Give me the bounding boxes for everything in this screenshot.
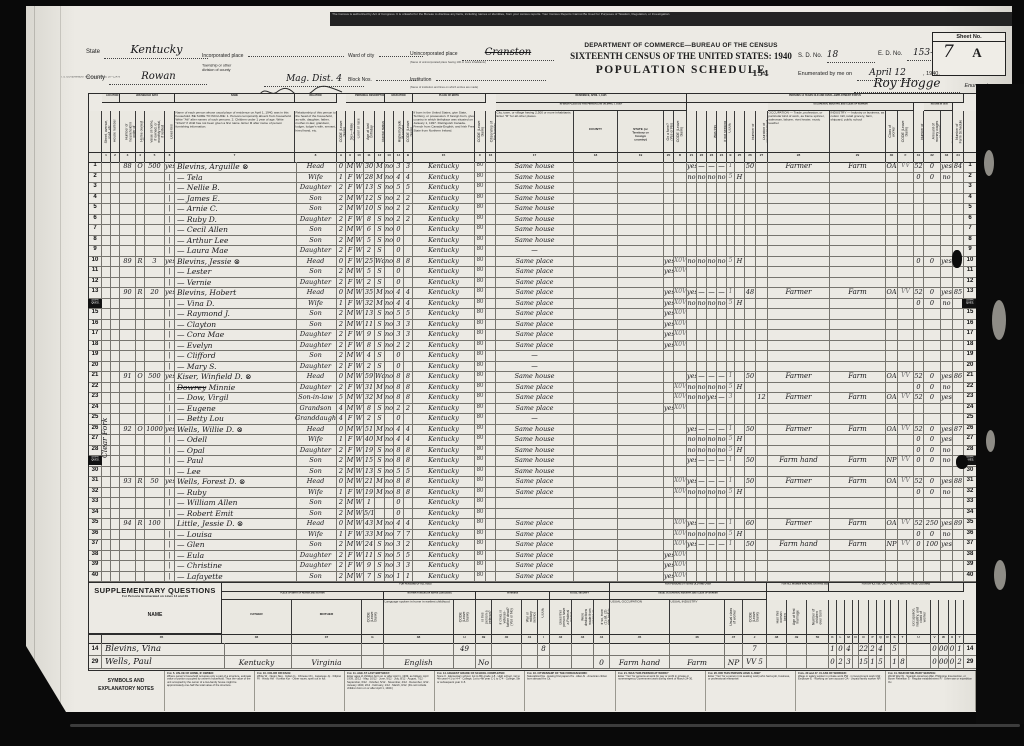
cell-s25: [735, 477, 745, 487]
cell-f: [898, 498, 914, 508]
cell-hno: [111, 257, 120, 267]
cell-ln: 8: [89, 236, 102, 246]
column-group-text: SOCIAL SECURITY: [564, 592, 595, 594]
column-header-text: Usual class of worker: [730, 607, 737, 627]
cell-hno: [111, 467, 120, 477]
cell-wage: 0: [924, 530, 941, 540]
table-row: 37|— GlenSon2MW24Sno32Kentucky80Same pla…: [89, 540, 977, 551]
cell-rel: Daughter: [295, 246, 337, 256]
cell-farm: |: [165, 383, 175, 393]
cell-age: 51: [364, 425, 375, 435]
cell-f: VV: [898, 519, 914, 529]
cell-f: [898, 341, 914, 351]
cell-w23: —: [707, 540, 717, 550]
table-row: 24|— EugeneGrandson4MW8Sno22Kentucky80Sa…: [89, 404, 977, 415]
cell-e: [727, 225, 735, 235]
cell-wage: 0: [924, 173, 941, 183]
cell-oth: [941, 246, 953, 256]
cell-d: X0V2: [674, 488, 687, 498]
cell-mar: M: [375, 299, 385, 309]
notes-column-inner: Col. 14. HIGHEST GRADE OF SCHOOL COMPLET…: [437, 672, 522, 684]
cell-ln: 19: [89, 351, 102, 361]
cell-a: 5: [337, 393, 346, 403]
cell-w24: [717, 267, 727, 277]
cell-val: 3: [145, 257, 165, 267]
cell-s25: [735, 519, 745, 529]
cell-w24: [717, 404, 727, 414]
scan-artifact: [952, 250, 962, 268]
cell-a: 0: [337, 477, 346, 487]
cell-d: X0V2: [674, 404, 687, 414]
cell-ind: [830, 183, 886, 193]
cell-w23: no: [707, 173, 717, 183]
cell-age: 43: [364, 519, 375, 529]
cell-wks: [914, 561, 924, 571]
cell-st: [618, 309, 664, 319]
cell-a: 2: [337, 204, 346, 214]
cell-cls: [886, 383, 898, 393]
supp-cell-uind: [670, 643, 725, 655]
cell-res: Same house: [496, 162, 574, 172]
confidentiality-notice: The Census is authorized by Act of Congr…: [330, 12, 1012, 18]
cell-c: 80: [475, 204, 486, 214]
cell-sch: no: [385, 204, 394, 214]
cell-wks: 0: [914, 299, 924, 309]
cell-sch: no: [385, 572, 394, 582]
cell-rel: Wife: [295, 530, 337, 540]
cell-cty: [574, 467, 618, 477]
cell-b: 8: [404, 446, 413, 456]
cell-wage: [924, 498, 941, 508]
cell-s25: [735, 362, 745, 372]
notes-text: Enter "Yes" for a person (not seeking wo…: [708, 675, 793, 681]
cell-rel: Son: [295, 467, 337, 477]
cell-age: 10: [364, 204, 375, 214]
cell-sex: M: [346, 236, 355, 246]
cell-age: 5: [364, 267, 375, 277]
cell-res: Same house: [496, 215, 574, 225]
column-number-text: J: [749, 636, 761, 639]
cell-oth: [941, 194, 953, 204]
column-number-text: 2: [113, 154, 117, 157]
cell-sch: no: [385, 257, 394, 267]
cell-race: W: [355, 257, 364, 267]
cell-hrs: [745, 351, 756, 361]
cell-name: Wells, Forest D. ⊗: [175, 477, 297, 487]
cell-hrs: 48: [745, 288, 756, 298]
cell-cls: [886, 341, 898, 351]
cell-dur: [756, 477, 768, 487]
cell-cty: [574, 194, 618, 204]
cell-cit: [486, 477, 496, 487]
cell-w23: [707, 341, 717, 351]
cell-w24: no: [717, 383, 727, 393]
column-number-text: 18: [584, 154, 606, 157]
cell-b: 4: [404, 173, 413, 183]
cell-occ: [768, 383, 830, 393]
cell-w21: yes: [687, 372, 697, 382]
cell-w21: [687, 561, 697, 571]
column-number-text: E: [729, 154, 733, 157]
cell-street: [102, 267, 111, 277]
column-header-V: [931, 600, 939, 634]
column-group-text: FOR OFFICE USE ONLY—DO NOT WRITE IN THES…: [861, 583, 931, 586]
cell-d: [674, 498, 687, 508]
table-row: 12|— VernieDaughter2FW2S0Kentucky80Same …: [89, 278, 977, 289]
cell-ln: 9: [89, 246, 102, 256]
cell-w24: —: [717, 477, 727, 487]
cell-sex: M: [346, 204, 355, 214]
cell-ind: [830, 257, 886, 267]
supp-cell-h: [454, 656, 476, 668]
cell-b: 8: [404, 372, 413, 382]
cell-cty: [574, 530, 618, 540]
cell-age: 12: [364, 194, 375, 204]
cell-age: 6: [364, 225, 375, 235]
column-number-text: 11: [366, 154, 371, 157]
cell-dur: [756, 572, 768, 582]
cell-sex: M: [346, 509, 355, 519]
cell-s25: [735, 414, 745, 424]
cell-wks: [914, 498, 924, 508]
cell-mar: S: [375, 446, 385, 456]
supp-cell-P: 2: [869, 643, 877, 655]
cell-res: Same place: [496, 404, 574, 414]
cell-sex: F: [346, 446, 355, 456]
cell-s25: [735, 330, 745, 340]
cell-age: 59: [364, 372, 375, 382]
cell-w23: [707, 183, 717, 193]
column-number-text: 34: [955, 154, 960, 157]
table-row: 1089R3yesBlevins, Jessie ⊗Head0FW25Wdno8…: [89, 257, 977, 268]
cell-rfarm: [664, 498, 674, 508]
cell-hrs: 50: [745, 372, 756, 382]
cell-hh: 94: [120, 519, 136, 529]
supp-cell-i: [538, 656, 550, 668]
cell-oth: [941, 341, 953, 351]
cell-age: 2: [364, 246, 375, 256]
cell-birth: Kentucky: [413, 299, 475, 309]
supp-cell-O: 15: [859, 656, 869, 668]
column-header-text: Occupation, industry, and class of worke…: [912, 607, 927, 627]
supp-cell-v40: [492, 656, 522, 668]
cell-a: 2: [337, 561, 346, 571]
column-header-sch34: Number of Farm Schedule: [953, 111, 964, 152]
cell-dur: [756, 330, 768, 340]
cell-cls: OA: [886, 372, 898, 382]
cell-d: [674, 435, 687, 445]
cell-age: 32: [364, 393, 375, 403]
column-group-text: FOR ALL WOMEN WHO ARE OR HAVE BEEN MARRI…: [782, 583, 814, 586]
column-number-text: 47: [729, 636, 738, 639]
township-label: Township or other: [202, 64, 231, 68]
cell-oth: no: [941, 173, 953, 183]
cell-val: [145, 467, 165, 477]
cell-d: [674, 162, 687, 172]
supp-cell-Q: 5: [877, 656, 885, 668]
cell-hh: [120, 309, 136, 319]
state-value: Kentucky: [130, 43, 182, 56]
table-row: 39|— ChristineDaughter2FW9Sno33Kentucky8…: [89, 561, 977, 572]
cell-farm: yes: [165, 288, 175, 298]
cell-hrs: [745, 257, 756, 267]
column-header-W: [939, 600, 949, 634]
cell-cit: [486, 215, 496, 225]
cell-hno: [111, 372, 120, 382]
cell-gr: 1: [394, 572, 404, 582]
cell-hh: [120, 530, 136, 540]
column-number-text: C: [477, 154, 482, 157]
cell-sch: [385, 351, 394, 361]
cell-rel: Head: [295, 288, 337, 298]
cell-wage: 250: [924, 519, 941, 529]
table-row: 2|— TelaWife1FW28Mno44Kentucky80Same hou…: [89, 173, 977, 184]
cell-a: 1: [337, 488, 346, 498]
cell-name: — Vina D.: [175, 299, 297, 309]
column-header-text: USUAL INDUSTRY: [670, 600, 725, 605]
cell-b: 2: [404, 194, 413, 204]
cell-own: [136, 393, 145, 403]
cell-f: [898, 257, 914, 267]
cell-gr: 4: [394, 173, 404, 183]
column-header-cty: COUNTY: [574, 111, 618, 152]
cell-hno: [111, 288, 120, 298]
cell-ind: [830, 267, 886, 277]
cell-c: 80: [475, 341, 486, 351]
cell-hno: [111, 225, 120, 235]
cell-cty: [574, 330, 618, 340]
cell-sch: no: [385, 383, 394, 393]
cell-w23: no: [707, 446, 717, 456]
cell-a: 2: [337, 236, 346, 246]
cell-ln: 16: [89, 320, 102, 330]
cell-occ: Farmer: [768, 372, 830, 382]
cell-ind: Farm: [830, 477, 886, 487]
column-header-wks: Number of weeks worked in 1939 (equivale…: [914, 111, 924, 152]
institution-note: (Name of institution and lines on which …: [410, 86, 541, 89]
cell-gr: 0: [394, 246, 404, 256]
column-header-occ: OCCUPATION — Trade, profession, or parti…: [768, 111, 830, 152]
cell-birth: Kentucky: [413, 561, 475, 571]
cell-birth: Kentucky: [413, 330, 475, 340]
cell-oth: no: [941, 446, 953, 456]
cell-hno: [111, 498, 120, 508]
column-header-text: FATHER: [239, 613, 275, 616]
cell-name: — Vernie: [175, 278, 297, 288]
cell-w21: yes: [687, 162, 697, 172]
cell-dur: [756, 372, 768, 382]
notes-column: Col. 5. VALUE OF HOME, IF OWNED:Where ow…: [165, 671, 255, 711]
cell-b: 5: [404, 551, 413, 561]
column-number-text: 12: [377, 154, 382, 157]
cell-cls: [886, 467, 898, 477]
notes-column-inner: Col. 26. DID THIS PERSON HAVE A JOB?Ente…: [708, 672, 793, 681]
cell-rel: Wife: [295, 435, 337, 445]
cell-cls: [886, 551, 898, 561]
cell-name: — Arnie C.: [175, 204, 297, 214]
cell-b: [404, 246, 413, 256]
cell-a: 2: [337, 509, 346, 519]
supplementary-subtitle: For Persons Enumerated on Lines 14 and 2…: [121, 595, 190, 598]
cell-s25: H: [735, 435, 745, 445]
cell-d: X0V2: [674, 477, 687, 487]
cell-sch: [385, 278, 394, 288]
cell-oth: no: [941, 530, 953, 540]
cell-oth: no: [941, 488, 953, 498]
cell-own: [136, 446, 145, 456]
cell-cit: [486, 561, 496, 571]
cell-d: X0V2: [674, 551, 687, 561]
cell-age: 8: [364, 215, 375, 225]
struck-name: Dowrey: [177, 383, 206, 392]
column-header-P: [869, 600, 877, 634]
column-number-text: U: [913, 636, 925, 639]
column-header-ln: [89, 111, 102, 152]
cell-own: [136, 488, 145, 498]
cell-res: Same house: [496, 183, 574, 193]
cell-w21: yes: [687, 456, 697, 466]
cell-birth: Kentucky: [413, 372, 475, 382]
column-group-label: INCOME IN 1939: [924, 103, 953, 111]
cell-w24: [717, 215, 727, 225]
cell-w21: [687, 330, 697, 340]
cell-w21: yes: [687, 288, 697, 298]
cell-wage: [924, 236, 941, 246]
cell-race: W: [355, 278, 364, 288]
column-header-farm: Does this household live on a farm? (Yes…: [165, 111, 175, 152]
cell-gr: 2: [394, 204, 404, 214]
cell-sch: [385, 267, 394, 277]
table-row: 2191O500yesKiser, Winfield D. ⊗Head0MW59…: [89, 372, 977, 383]
cell-mar: [375, 509, 385, 519]
cell-birth: Kentucky: [413, 477, 475, 487]
cell-rfarm: yes: [664, 267, 674, 277]
cell-s25: [735, 267, 745, 277]
cell-birth: Kentucky: [413, 488, 475, 498]
cell-cls: [886, 488, 898, 498]
cell-name: Blevins, Jessie ⊗: [175, 257, 297, 267]
cell-d: X0V2: [674, 519, 687, 529]
cell-rfarm: yes: [664, 404, 674, 414]
cell-a: 1: [337, 435, 346, 445]
supp-cell-T: [899, 643, 907, 655]
cell-sch: no: [385, 488, 394, 498]
incorporated-place-label: Incorporated place: [202, 53, 243, 59]
cell-a: 4: [337, 404, 346, 414]
cell-f: [898, 404, 914, 414]
table-row: 25|— Betty LouGranddaughter4FW2S0Kentuck…: [89, 414, 977, 425]
cell-wks: 0: [914, 456, 924, 466]
column-group-label: PERSONAL DESCRIPTION: [346, 94, 385, 103]
cell-rel: Son: [295, 236, 337, 246]
cell-w23: [707, 561, 717, 571]
cell-birth: Kentucky: [413, 393, 475, 403]
cell-wks: [914, 330, 924, 340]
cell-sex: F: [346, 183, 355, 193]
platen-streak: [70, 724, 1020, 727]
supp-cell-K: 0: [829, 656, 837, 668]
cell-a: 2: [337, 540, 346, 550]
cell-wage: [924, 551, 941, 561]
cell-oth: [941, 404, 953, 414]
cell-ind: [830, 299, 886, 309]
cell-race: W: [355, 456, 364, 466]
column-header-race: Color or race: [355, 111, 364, 152]
cell-mar: S: [375, 362, 385, 372]
supp-cell-v41: [522, 643, 538, 655]
cell-val: [145, 299, 165, 309]
cell-e: 1: [727, 456, 735, 466]
column-number-text: 29: [843, 154, 872, 157]
cell-val: [145, 225, 165, 235]
cell-sch34: [953, 530, 964, 540]
cell-sex: M: [346, 572, 355, 582]
cell-race: W: [355, 540, 364, 550]
column-header-text: House number: [113, 119, 117, 142]
cell-birth: Kentucky: [413, 288, 475, 298]
cell-gr: 5: [394, 551, 404, 561]
supplementary-row: 29Wells, PaulKentuckyVirginiaEnglishNo0F…: [89, 656, 977, 669]
cell-w23: no: [707, 488, 717, 498]
notes-text: Enter "Yes" for persons at work for pay …: [618, 675, 703, 681]
cell-dur: [756, 257, 768, 267]
cell-wks: 52: [914, 162, 924, 172]
cell-w22: [697, 509, 707, 519]
cell-hh: [120, 383, 136, 393]
cell-hrs: [745, 467, 756, 477]
cell-oth: [941, 414, 953, 424]
supp-cell-h: 49: [454, 643, 476, 655]
cell-cit: [486, 278, 496, 288]
table-row: 23|— Dow, VirgilSon-in-law5MW32Mno88Kent…: [89, 393, 977, 404]
cell-c: 80: [475, 173, 486, 183]
supplementary-stamp: SUPP. QUES.: [88, 299, 102, 308]
cell-hno: [111, 162, 120, 172]
cell-rel: Wife: [295, 299, 337, 309]
cell-mar: M: [375, 288, 385, 298]
cell-e: 3: [727, 393, 735, 403]
table-row: 2692O1000yesWells, Willie D. ⊗Head0MW51M…: [89, 425, 977, 436]
cell-ind: [830, 509, 886, 519]
cell-sch: no: [385, 194, 394, 204]
cell-w22: [697, 267, 707, 277]
column-group-label: FOR PERSONS 14 YEARS OLD AND OVER: [610, 583, 767, 592]
cell-name: — Nellie B.: [175, 183, 297, 193]
cell-farm: yes: [165, 257, 175, 267]
cell-dur: [756, 383, 768, 393]
scan-artifact: [984, 150, 994, 176]
cell-cit: [486, 257, 496, 267]
column-group-text: PERSONS 14 YEARS OLD AND OVER—EMPLOYMENT…: [753, 94, 897, 97]
cell-name: — Ruby: [175, 488, 297, 498]
cell-sch: no: [385, 299, 394, 309]
cell-sex: F: [346, 299, 355, 309]
cell-age: 11: [364, 320, 375, 330]
cell-farm: |: [165, 414, 175, 424]
cell-dur: [756, 309, 768, 319]
cell-f: VV: [898, 372, 914, 382]
cell-farm: |: [165, 351, 175, 361]
cell-f: [898, 236, 914, 246]
cell-wage: [924, 467, 941, 477]
cell-name: — William Allen: [175, 498, 297, 508]
cell-gr: 2: [394, 404, 404, 414]
cell-age: 30: [364, 162, 375, 172]
cell-res: Same place: [496, 393, 574, 403]
cell-farm: |: [165, 299, 175, 309]
cell-hno: [111, 404, 120, 414]
cell-wage: [924, 320, 941, 330]
